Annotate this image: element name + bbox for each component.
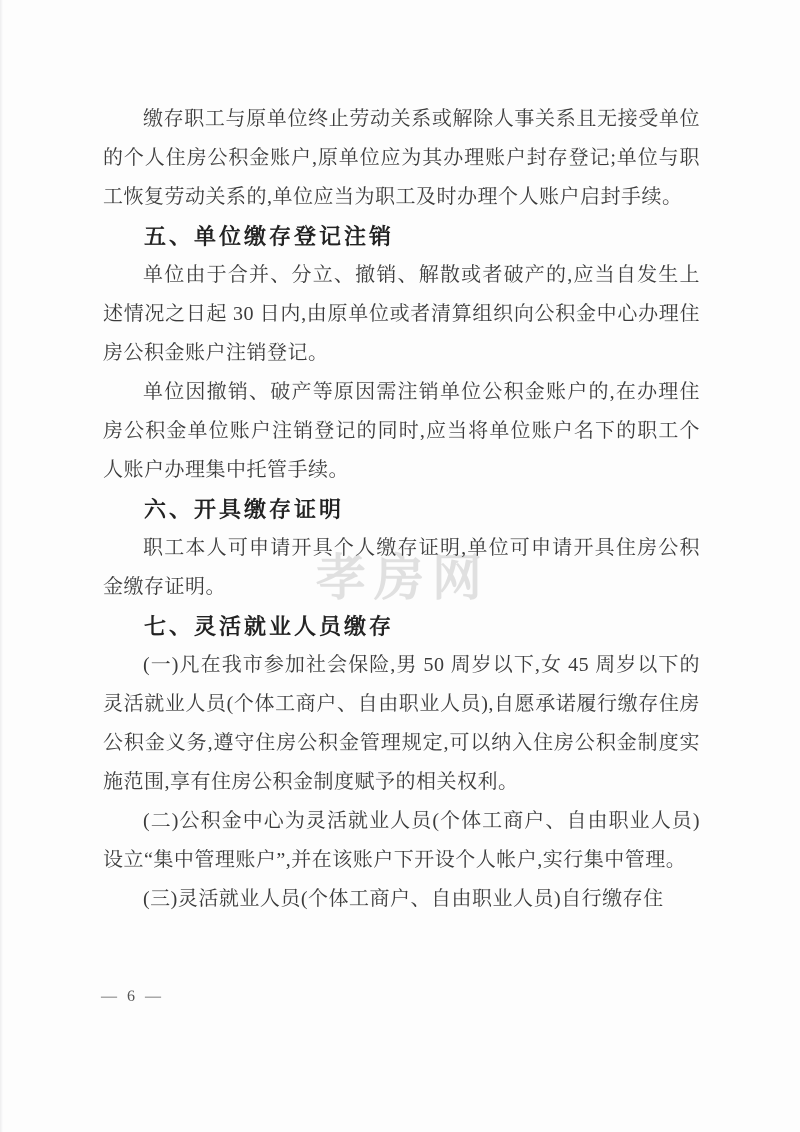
body-paragraph: 缴存职工与原单位终止劳动关系或解除人事关系且无接受单位的个人住房公积金账户,原单… xyxy=(103,100,700,217)
body-paragraph: 职工本人可申请开具个人缴存证明,单位可申请开具住房公积金缴存证明。 xyxy=(103,529,700,607)
body-paragraph: (二)公积金中心为灵活就业人员(个体工商户、自由职业人员)设立“集中管理账户”,… xyxy=(103,802,700,880)
section-heading: 六、开具缴存证明 xyxy=(103,490,700,529)
scan-edge-artifact xyxy=(0,0,3,1132)
page-number: — 6 — xyxy=(101,988,164,1006)
section-heading: 七、灵活就业人员缴存 xyxy=(103,607,700,646)
document-body: 缴存职工与原单位终止劳动关系或解除人事关系且无接受单位的个人住房公积金账户,原单… xyxy=(103,100,700,919)
body-paragraph: (三)灵活就业人员(个体工商户、自由职业人员)自行缴存住 xyxy=(103,880,700,919)
body-paragraph: 单位由于合并、分立、撤销、解散或者破产的,应当自发生上述情况之日起 30 日内,… xyxy=(103,256,700,373)
body-paragraph: 单位因撤销、破产等原因需注销单位公积金账户的,在办理住房公积金单位账户注销登记的… xyxy=(103,373,700,490)
scanned-document-page: 孝房网 缴存职工与原单位终止劳动关系或解除人事关系且无接受单位的个人住房公积金账… xyxy=(0,0,800,1132)
body-paragraph: (一)凡在我市参加社会保险,男 50 周岁以下,女 45 周岁以下的灵活就业人员… xyxy=(103,646,700,802)
section-heading: 五、单位缴存登记注销 xyxy=(103,217,700,256)
